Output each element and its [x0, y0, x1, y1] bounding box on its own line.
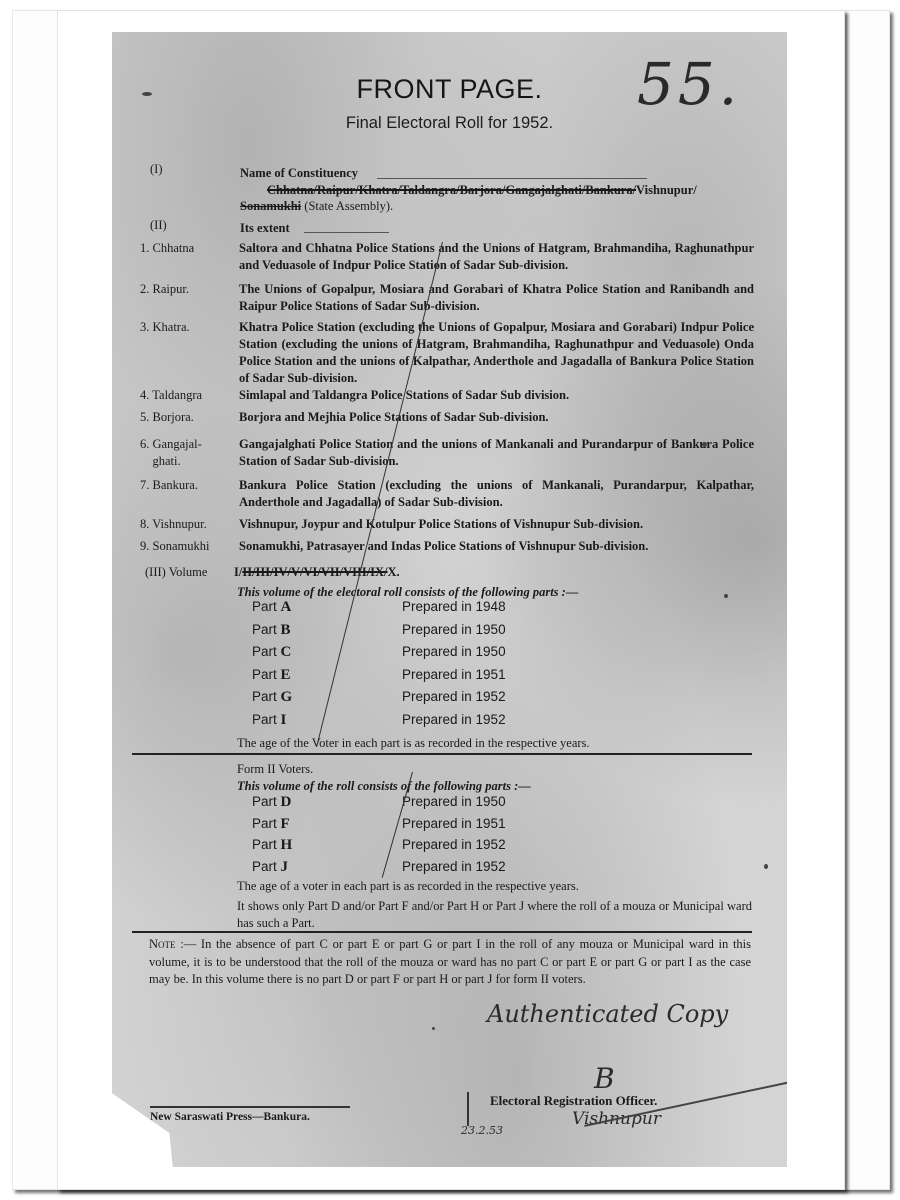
part-letter: A [281, 599, 292, 615]
part-row: Part APrepared in 1948 [252, 599, 652, 619]
section-marker-I: (I) [150, 162, 163, 177]
extent-description: Sonamukhi, Patrasayer and Indas Police S… [239, 538, 754, 555]
part-letter: D [281, 794, 292, 810]
part-prepared-year: Prepared in 1950 [402, 622, 602, 637]
part-letter: C [281, 644, 292, 660]
part-label: Part D [252, 794, 352, 811]
initial-mark [467, 1092, 469, 1126]
extent-constituency-name: 5. Borjora. [140, 409, 235, 426]
part-prepared-year: Prepared in 1952 [402, 837, 602, 852]
extent-description: Borjora and Mejhia Police Stations of Sa… [239, 409, 754, 426]
extent-constituency-name: 6. Gangajal- ghati. [140, 436, 235, 470]
scan-speck [142, 92, 152, 96]
extent-constituency-name: 1. Chhatna [140, 240, 235, 257]
extent-description: Khatra Police Station (excluding the Uni… [239, 319, 754, 387]
extent-description: The Unions of Gopalpur, Mosiara and Gora… [239, 281, 754, 315]
part-prepared-year: Prepared in 1952 [402, 859, 602, 874]
extent-constituency-name: 4. Taldangra [140, 387, 235, 404]
part-prepared-year: Prepared in 1948 [402, 599, 602, 614]
part-letter: B [281, 622, 291, 638]
form-ii-heading: Form II Voters. [237, 761, 313, 778]
extent-description: Simlapal and Taldangra Police Stations o… [239, 387, 754, 404]
form-ii-shows-note: It shows only Part D and/or Part F and/o… [237, 898, 752, 932]
part-letter: I [281, 712, 287, 728]
extent-underline [304, 232, 389, 233]
scan-speck [432, 1027, 435, 1030]
part-prepared-year: Prepared in 1952 [402, 689, 602, 704]
part-letter: F [281, 816, 290, 832]
extent-constituency-name: 9. Sonamukhi [140, 538, 235, 555]
scanned-document: FRONT PAGE. Final Electoral Roll for 195… [112, 32, 787, 1167]
part-letter: H [281, 837, 293, 853]
authenticated-copy-handwriting: Authenticated Copy [487, 1000, 728, 1028]
part-prepared-year: Prepared in 1951 [402, 667, 602, 682]
extent-description: Vishnupur, Joypur and Kotulpur Police St… [239, 516, 754, 533]
kept-constituency: Vishnupur/ [636, 183, 697, 197]
extent-description: Bankura Police Station (excluding the un… [239, 477, 754, 511]
extent-constituency-name: 2. Raipur. [140, 281, 235, 298]
age-note: The age of the Voter in each part is as … [237, 735, 590, 752]
scan-speck [764, 864, 768, 869]
constituency-names-line2: Sonamukhi (State Assembly). [240, 198, 760, 215]
volume-numbers: I/II/III/IV/V/VI/VII/VIII/IX/X. [234, 564, 400, 581]
printer-credit: New Saraswati Press—Bankura. [150, 1109, 310, 1126]
part-label: Part A [252, 599, 352, 616]
part-prepared-year: Prepared in 1951 [402, 816, 602, 831]
part-prepared-year: Prepared in 1952 [402, 712, 602, 727]
part-row: Part CPrepared in 1950 [252, 644, 652, 664]
section-divider [132, 753, 752, 755]
parts-heading: This volume of the electoral roll consis… [237, 585, 578, 600]
extent-description: Saltora and Chhatna Police Stations and … [239, 240, 754, 274]
part-label: Part B [252, 622, 352, 639]
part-row: Part EPrepared in 1951 [252, 667, 652, 687]
printer-overline [150, 1106, 350, 1108]
extent-description: Gangajalghati Police Station and the uni… [239, 436, 754, 470]
volume-last: X. [388, 565, 400, 579]
handwritten-page-number: 55. [637, 50, 741, 118]
part-label: Part F [252, 816, 352, 833]
scan-speck [724, 594, 728, 598]
extent-constituency-name: 7. Bankura. [140, 477, 235, 494]
part-letter: G [281, 689, 293, 705]
part-prepared-year: Prepared in 1950 [402, 794, 602, 809]
extent-label: Its extent [240, 221, 290, 236]
form-ii-parts-heading: This volume of the roll consists of the … [237, 779, 531, 794]
part-row: Part GPrepared in 1952 [252, 689, 652, 709]
part-row: Part FPrepared in 1951 [252, 816, 652, 836]
section-marker-II: (II) [150, 218, 167, 233]
part-row: Part JPrepared in 1952 [252, 859, 652, 879]
part-label: Part J [252, 859, 352, 876]
section-marker-III: (III) Volume [145, 564, 207, 581]
extent-constituency-name: 8. Vishnupur. [140, 516, 235, 533]
signatory-title: Electoral Registration Officer. [490, 1093, 657, 1109]
part-row: Part BPrepared in 1950 [252, 622, 652, 642]
partial-struck-name: Sonamukhi [240, 199, 301, 213]
note-text: In the absence of part C or part E or pa… [149, 937, 751, 986]
signature-initials: B [594, 1062, 615, 1095]
extent-constituency-name: 3. Khatra. [140, 319, 235, 336]
form-ii-age-note: The age of a voter in each part is as re… [237, 878, 579, 895]
part-letter: J [281, 859, 289, 875]
note-label: Note :— [149, 937, 196, 951]
struck-constituencies: Chhatna/Raipur/Khatra/Taldangra/Barjora/… [267, 183, 636, 197]
constituency-suffix: (State Assembly). [304, 199, 393, 213]
part-label: Part G [252, 689, 352, 706]
part-row: Part IPrepared in 1952 [252, 712, 652, 732]
part-row: Part HPrepared in 1952 [252, 837, 652, 857]
constituency-label: Name of Constituency [240, 166, 358, 181]
constituency-underline [377, 178, 647, 179]
part-prepared-year: Prepared in 1950 [402, 644, 602, 659]
note-block: Note :— In the absence of part C or part… [149, 936, 751, 989]
part-row: Part DPrepared in 1950 [252, 794, 652, 814]
constituency-names: Chhatna/Raipur/Khatra/Taldangra/Barjora/… [267, 182, 787, 199]
part-label: Part H [252, 837, 352, 854]
part-label: Part I [252, 712, 352, 729]
note-divider [132, 931, 752, 933]
volume-struck: II/III/IV/V/VI/VII/VIII/IX/ [242, 565, 387, 579]
part-letter: E [281, 667, 291, 683]
part-label: Part E [252, 667, 352, 684]
scan-speck [702, 442, 707, 447]
